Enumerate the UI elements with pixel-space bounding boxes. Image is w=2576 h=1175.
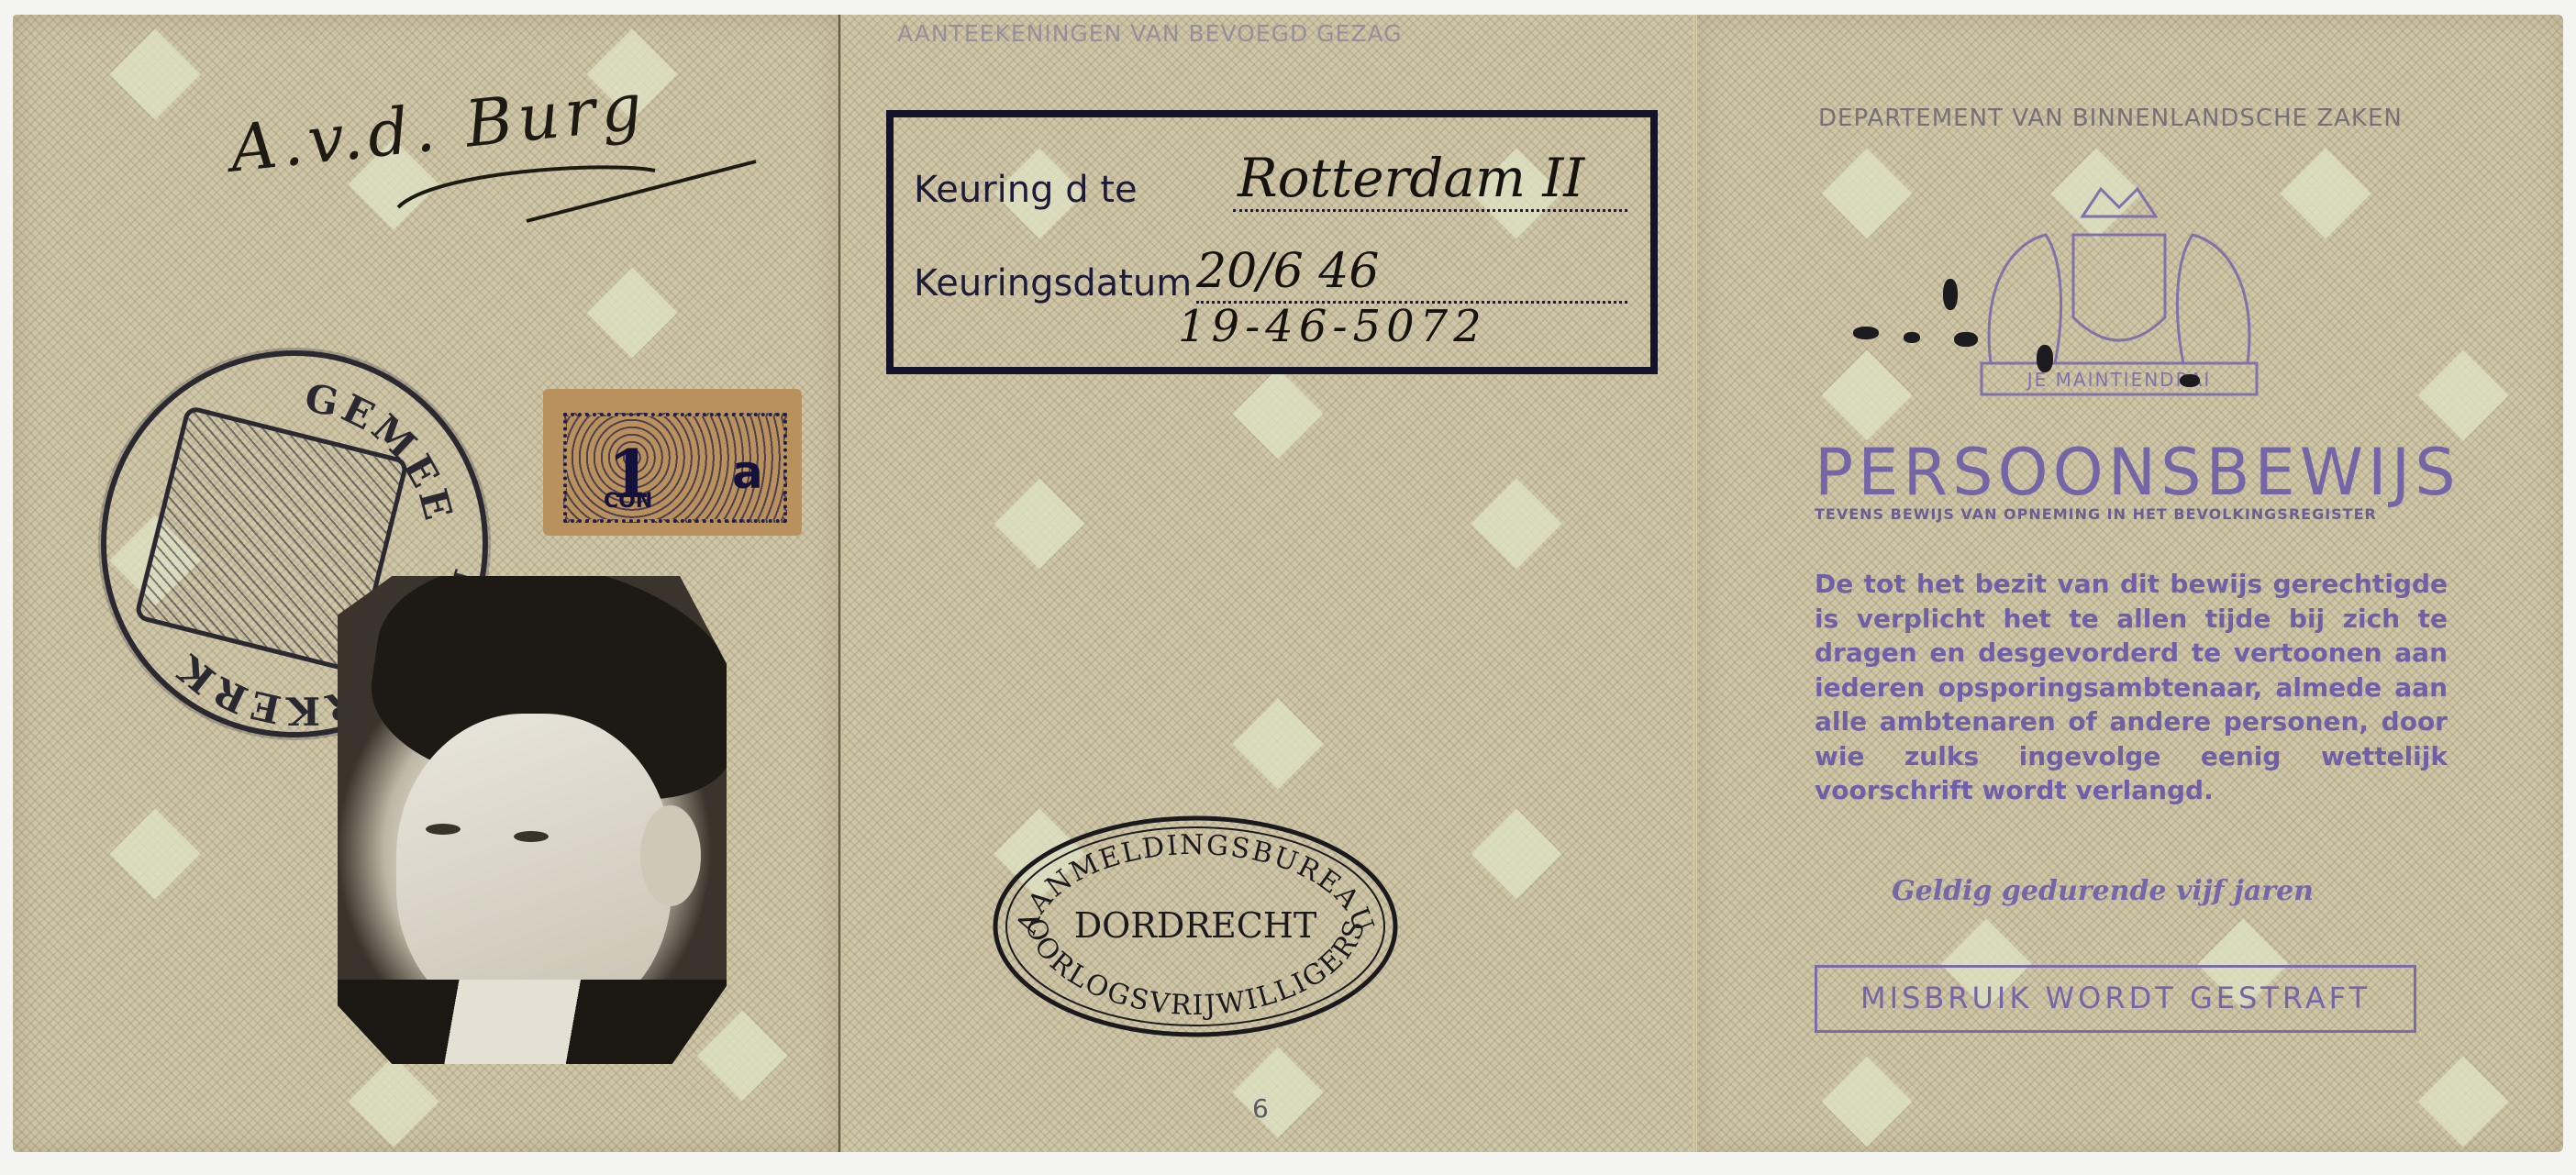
royal-coat-of-arms-icon: JE MAINTIENDRAI	[1972, 180, 2266, 409]
holder-photo	[338, 576, 727, 1064]
middle-panel: AANTEEKENINGEN VAN BEVOEGD GEZAG Keuring…	[842, 15, 1693, 1152]
revenue-stamp-sub-label: CON	[604, 490, 652, 513]
department-name: DEPARTEMENT VAN BINNENLANDSCHE ZAKEN	[1818, 105, 2403, 132]
validity-period: Geldig gedurende vijf jaren	[1892, 875, 2314, 907]
identity-document: A.v.d. Burg GEMEENTE RIDDERKERK 1	[13, 15, 2563, 1152]
official-notes-header: AANTEEKENINGEN VAN BEVOEGD GEZAG	[897, 20, 1402, 47]
misuse-warning-box: MISBRUIK WORDT GESTRAFT	[1815, 965, 2416, 1033]
volunteer-office-stamp: AANMELDINGSBUREAU DORDRECHT OORLOGSVRIJW…	[989, 813, 1402, 1040]
revenue-stamp-suffix: a	[732, 446, 763, 499]
svg-text:GEMEENTE: GEMEENTE	[106, 356, 461, 527]
revenue-stamp: 1 a CON	[543, 389, 802, 536]
inspection-place-value: Rotterdam II	[1238, 147, 1584, 209]
inspection-date-value: 20/6 46	[1196, 244, 1379, 299]
document-subtitle: TEVENS BEWIJS VAN OPNEMING IN HET BEVOLK…	[1815, 505, 2377, 523]
left-panel: A.v.d. Burg GEMEENTE RIDDERKERK 1	[13, 15, 838, 1152]
right-panel: DEPARTEMENT VAN BINNENLANDSCHE ZAKEN JE …	[1697, 15, 2563, 1152]
document-title: PERSOONSBEWIJS	[1815, 435, 2460, 510]
legal-notice: De tot het bezit van dit bewijs gerechti…	[1815, 567, 2448, 808]
signature-swash-icon	[380, 143, 765, 226]
misuse-warning: MISBRUIK WORDT GESTRAFT	[1817, 981, 2414, 1015]
seal-top-text: GEMEENTE	[106, 356, 461, 527]
page-number: 6	[1252, 1093, 1269, 1124]
inspection-date-label: Keuringsdatum	[914, 262, 1192, 305]
inspection-place-label: Keuring d te	[914, 169, 1138, 211]
oval-stamp-center-text: DORDRECHT	[1074, 905, 1317, 946]
inspection-reference-number: 19-46-5072	[1178, 301, 1487, 352]
inspection-stamp: Keuring d te Rotterdam II Keuringsdatum …	[886, 110, 1658, 374]
